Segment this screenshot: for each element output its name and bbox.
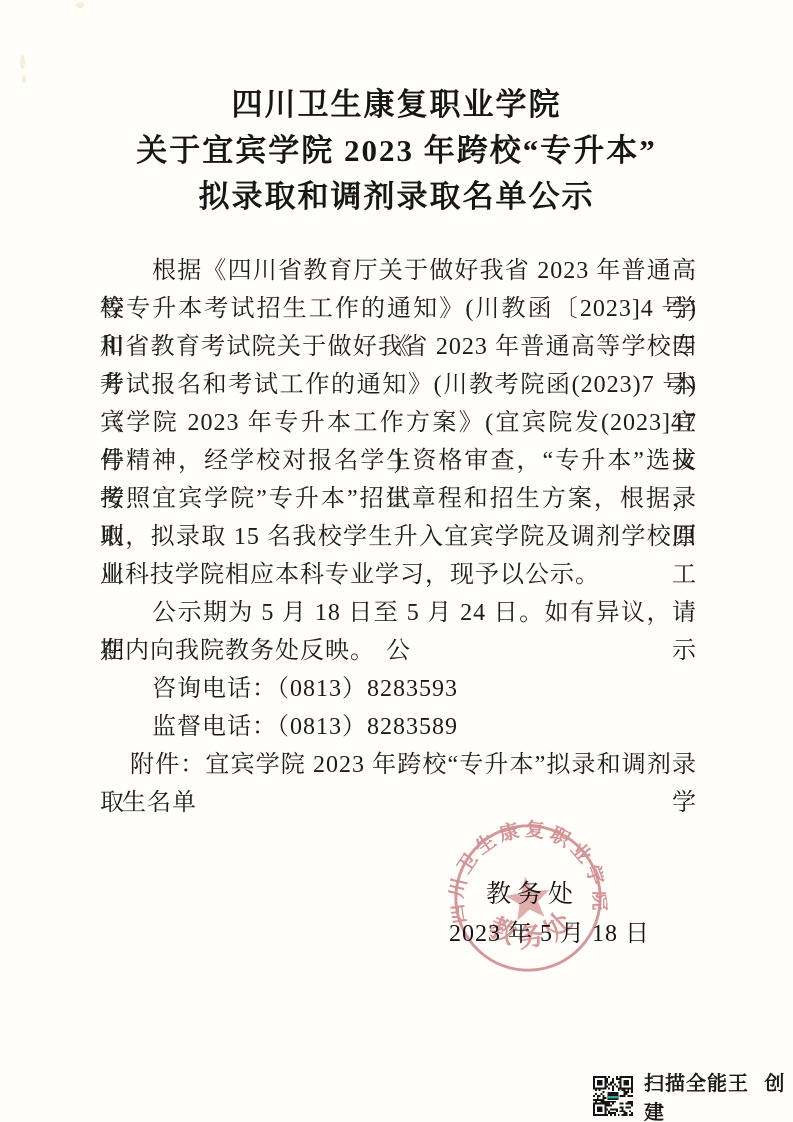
body-line: 公示期为 5 月 18 日至 5 月 24 日。如有异议，请在公示 xyxy=(100,594,697,632)
body-line: 件精神，经学校对报名学生资格审查，“专升本”选拔考试， xyxy=(100,442,697,480)
body-line: 考试报名和考试工作的通知》(川教考院函(2023)7 号)《宜 xyxy=(100,366,697,404)
scanner-watermark: 扫描全能王 创建 xyxy=(593,1067,793,1122)
document-title: 四川卫生康复职业学院 关于宜宾学院 2023 年跨校“专升本” 拟录取和调剂录取… xyxy=(0,82,793,220)
scan-artifact xyxy=(20,55,25,69)
document-body: 根据《四川省教育厅关于做好我省 2023 年普通高等学 校专升本考试招生工作的通… xyxy=(100,252,697,822)
attachment-line: 附件：宜宾学院 2023 年跨校“专升本”拟录和调剂录取学 xyxy=(100,746,697,784)
supervise-phone-line: 监督电话：（0813）8283589 xyxy=(100,708,697,746)
scanned-document-page: 四川卫生康复职业学院 关于宜宾学院 2023 年跨校“专升本” 拟录取和调剂录取… xyxy=(0,0,793,1122)
title-line-2: 关于宜宾学院 2023 年跨校“专升本” xyxy=(0,128,793,174)
qr-caption: 扫描全能王 创建 xyxy=(644,1067,793,1122)
qrcode-image xyxy=(593,1076,633,1116)
body-line: 根据《四川省教育厅关于做好我省 2023 年普通高等学 xyxy=(100,252,697,290)
title-line-1: 四川卫生康复职业学院 xyxy=(0,82,793,128)
signature-department: 教务处 xyxy=(486,874,579,910)
body-line: 校专升本考试招生工作的通知》(川教函〔2023]4 号)和《四 xyxy=(100,290,697,328)
signature-date: 2023 年 5 月 18 日 xyxy=(449,913,650,948)
body-line: 按照宜宾学院”专升本”招生章程和招生方案，根据录取原 xyxy=(100,480,697,518)
body-line: 宾学院 2023 年专升本工作方案》(宜宾院发(2023]47 号)文 xyxy=(100,404,697,442)
scan-artifact xyxy=(76,2,84,8)
body-line: 川省教育考试院关于做好我省 2023 年普通高等学校专升本 xyxy=(100,328,697,366)
title-line-3: 拟录取和调剂录取名单公示 xyxy=(0,174,793,220)
consult-phone-line: 咨询电话：（0813）8283593 xyxy=(100,670,697,708)
body-line: 则，拟录取 15 名我校学生升入宜宾学院及调剂学校四川工 xyxy=(100,518,697,556)
